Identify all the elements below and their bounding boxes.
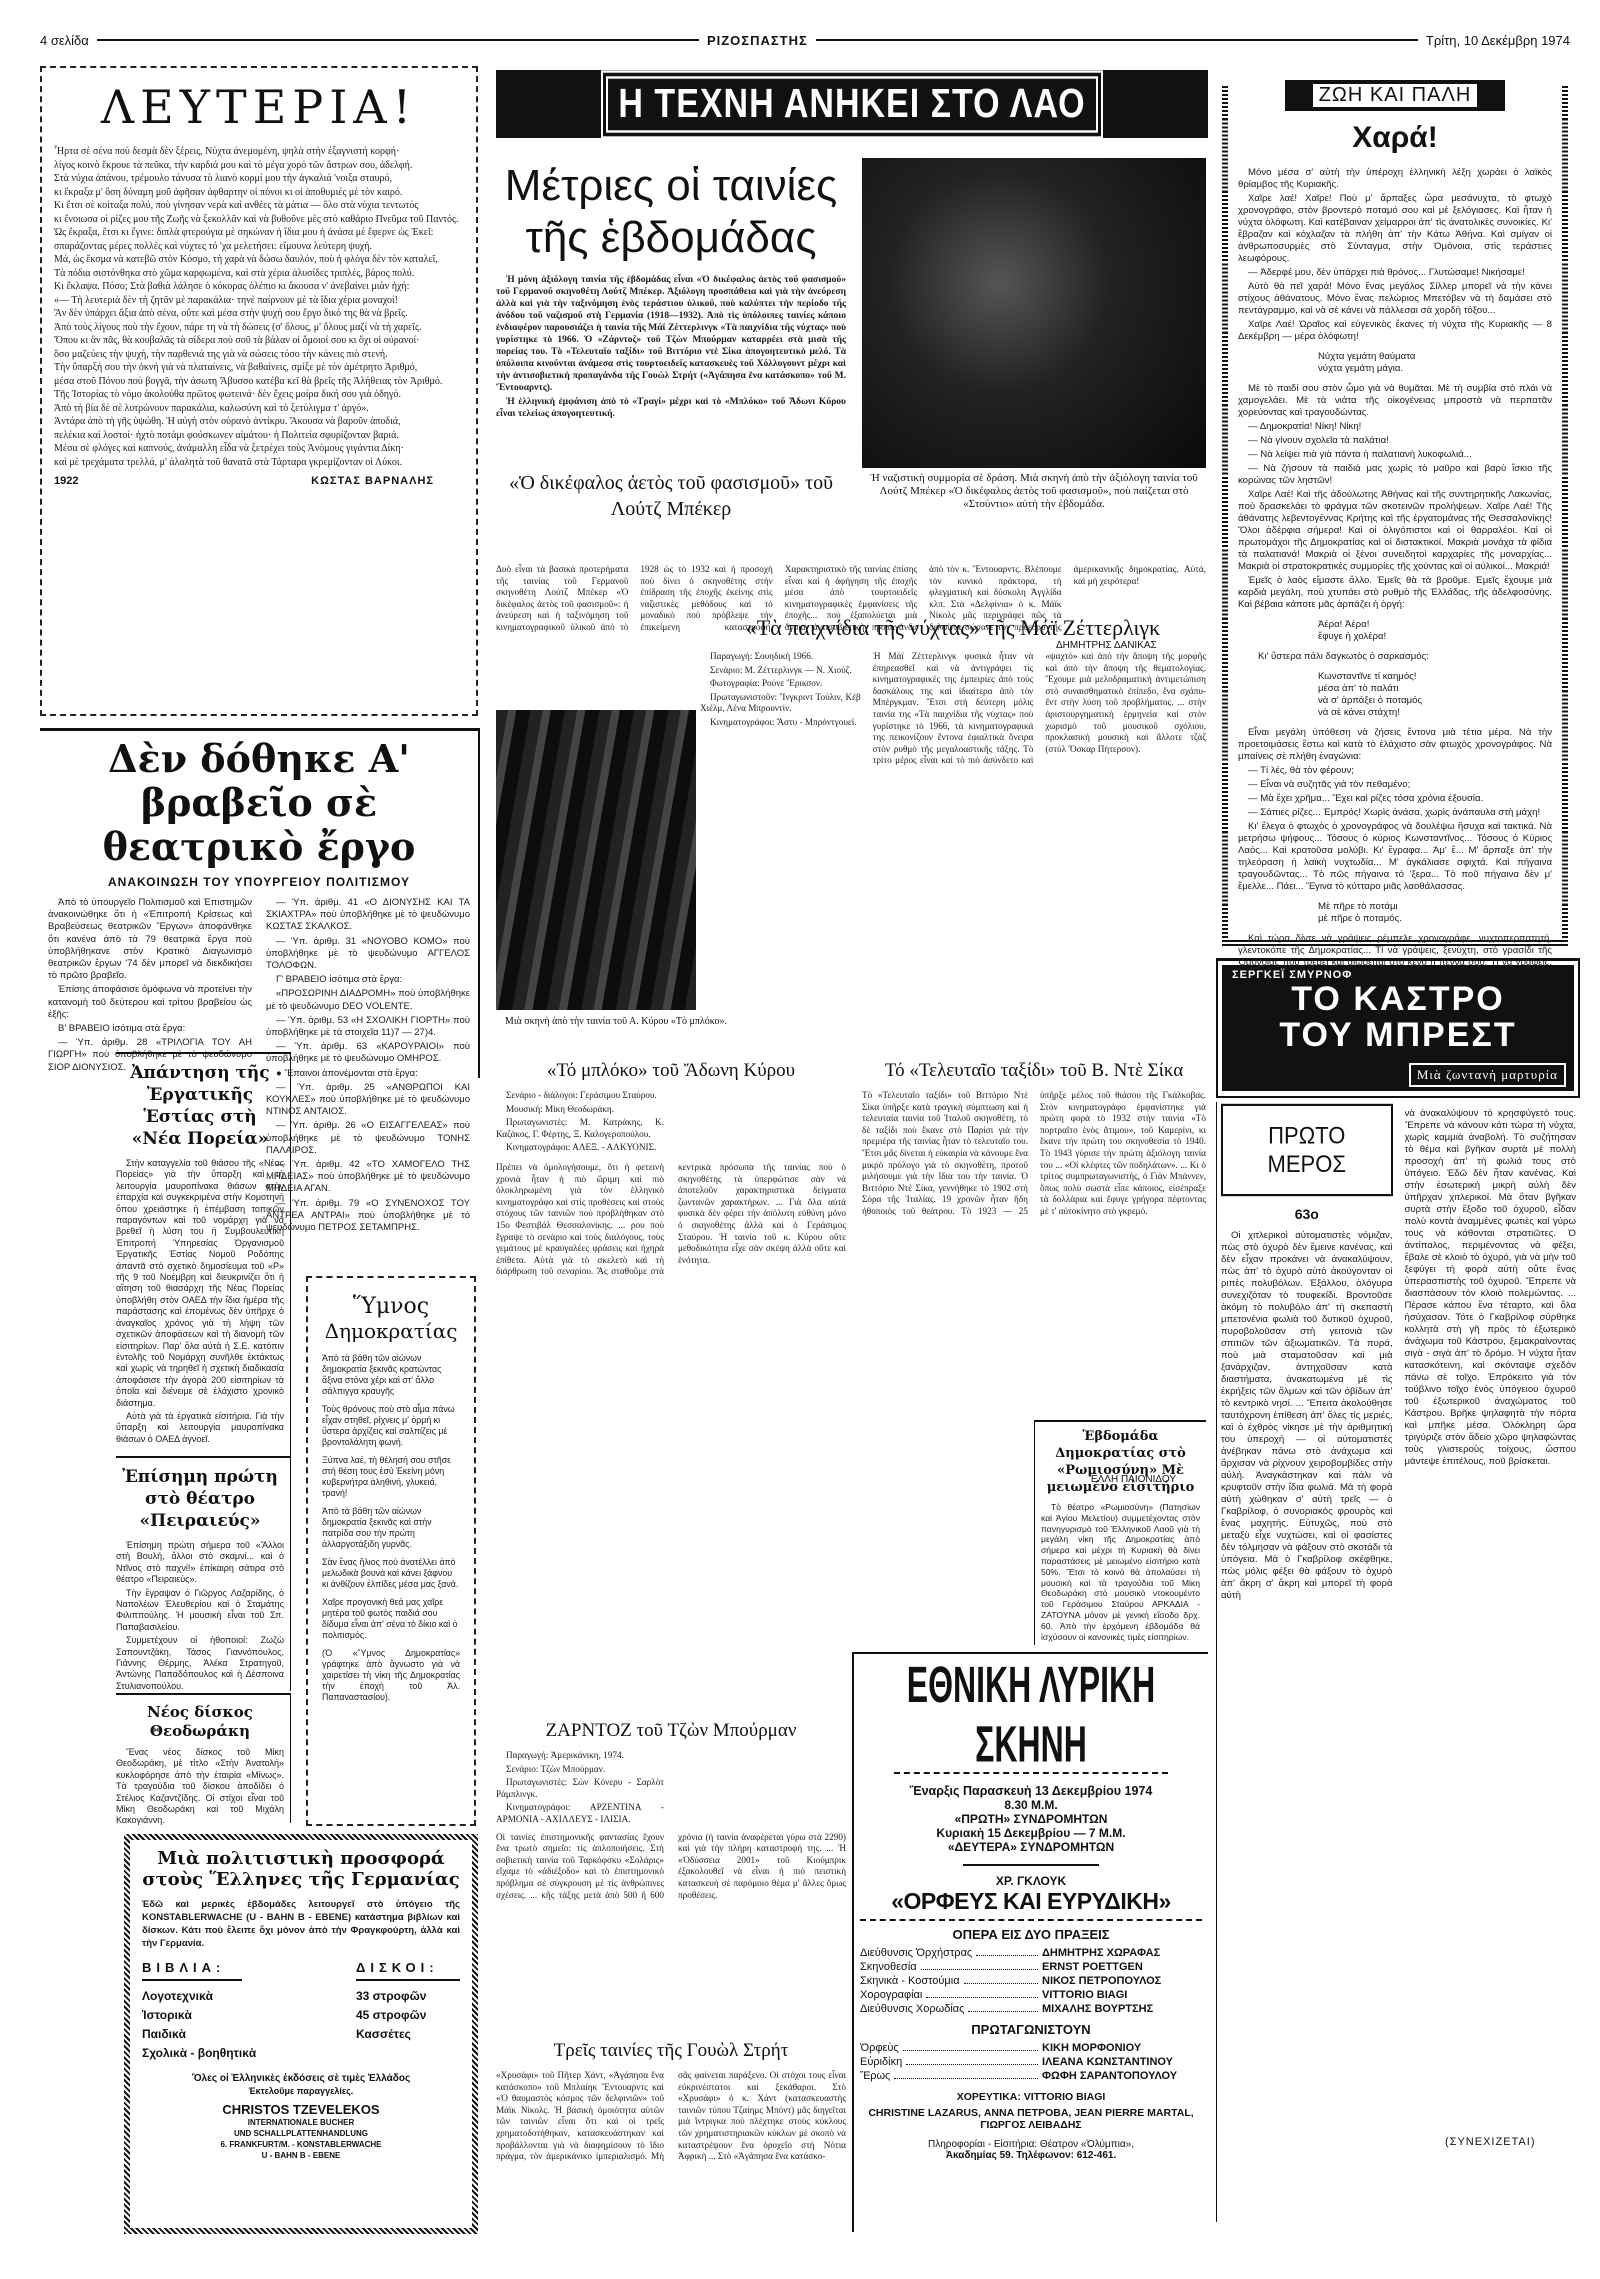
zoi-headline: Χαρά! xyxy=(1238,121,1552,155)
nazi-film-photo xyxy=(862,158,1206,468)
book-category: Ἱστορικὰ xyxy=(142,2006,256,2025)
episimi-paragraph: Τὴν ἔγραψαν ὁ Γιῶργος Λαζαρίδης, ὁ Ναπολ… xyxy=(116,1588,284,1634)
opera-info-1: Πληροφορίαι - Εἰσιτήρια: Θέατρον «Ὀλύμπι… xyxy=(860,2139,1202,2150)
ad-headline-1: Μιὰ πολιτιστικὴ προσφορά xyxy=(142,1848,460,1869)
zoi-paragraph: — Νὰ ζήσουν τὰ παιδιά μας χωρὶς τὸ μαῦρο… xyxy=(1238,463,1552,487)
zoi-paragraph: — Σάπιες ρίζες... Ἐμπρός! Χωρὶς ἀνάσα, χ… xyxy=(1238,807,1552,819)
zoi-paragraph: Μόνο μέσα σ' αὐτὴ τὴν ὑπέροχη ἑλληνικὴ λ… xyxy=(1238,167,1552,191)
zoi-paragraph: — Νὰ γίνουν σχολεῖα τὰ παλάτια! xyxy=(1238,435,1552,447)
credit-role: Σκηνοθεσία xyxy=(860,1960,917,1974)
credit-name: ΝΙΚΟΣ ΠΕΤΡΟΠΟΥΛΟΣ xyxy=(1042,1974,1202,1988)
opera-opening: Ἔναρξις Παρασκευὴ 13 Δεκεμβρίου 1974 xyxy=(860,1784,1202,1798)
serial-body: ΠΡΩΤΟ ΜΕΡΟΣ 63ο Οἱ χιτλερικοὶ αὐτοματιστ… xyxy=(1216,1102,1580,2222)
blokos-headline: «Τό μπλόκο» τοῦ Ἄδωνη Κύρου xyxy=(496,1060,846,1082)
ad-headline-2: στοὺς Ἕλληνες τῆς Γερμανίας xyxy=(142,1869,460,1890)
opera-advertisement: ΕΘΝΙΚΗ ΛΥΡΙΚΗ ΣΚΗΝΗ Ἔναρξις Παρασκευὴ 13… xyxy=(852,1652,1208,2232)
ad-note-1: Ὅλες οἱ Ἑλληνικὲς ἐκδόσεις σὲ τιμὲς Ἑλλά… xyxy=(142,2073,460,2084)
zardoz-headline: ΖΑΡΝΤΟΖ τοῦ Τζὼν Μπούρμαν xyxy=(496,1720,846,1742)
ad-address-3: 6. FRANKFURT/M. - KONSTABLERWACHE xyxy=(142,2139,460,2150)
book-category: Παιδικὰ xyxy=(142,2025,256,2044)
zoi-verse-line: νὰ σὲ κάνει στάχτη! xyxy=(1238,707,1552,719)
poem-line: Κι ἔτσι σὲ κοίταξα πολύ, ποὺ γίνησαν νερ… xyxy=(54,200,464,213)
leader-dots xyxy=(976,1946,1038,1956)
opera-subtitle: ΟΠΕΡΑ ΕΙΣ ΔΥΟ ΠΡΑΞΕΙΣ xyxy=(860,1927,1202,1942)
poem-line: Τῆς Ἱστορίας τὸ νόμο ἀκολούθα πρῶτος φωτ… xyxy=(54,389,464,402)
credit-row: Σκηνικὰ - ΚοστούμιαΝΙΚΟΣ ΠΕΤΡΟΠΟΥΛΟΣ xyxy=(860,1974,1202,1988)
hymn-stanza: Τοὺς θρόνους ποὺ στὸ αἷμα πάνω εἶχαν στη… xyxy=(322,1404,460,1448)
credit-row: ΧορογραφίαιVITTORIO BIAGI xyxy=(860,1988,1202,2002)
poem-line: ὅσο μαζεύεις τὴν ψυχή, τὴν παρθενιά της … xyxy=(54,349,464,362)
credit-line: Μουσική: Μίκη Θεοδωράκη. xyxy=(496,1104,664,1116)
hymn-title-2: Δημοκρατίας xyxy=(322,1319,460,1343)
ergatiki-paragraph: Αὐτὰ γιὰ τὰ ἐργατικὰ εἰσιτήρια. Γιὰ τὴν … xyxy=(116,1411,284,1445)
blokos-film-photo xyxy=(496,710,696,1010)
credit-role: Διεύθυνσις Χορωδίας xyxy=(860,2002,964,2016)
credit-line: Κινηματογράφοι: Ἄστυ - Μπρόντγουεϊ. xyxy=(700,717,861,729)
opera-title: «ΟΡΦΕΥΣ ΚΑΙ ΕΥΡΥΔΙΚΗ» xyxy=(860,1888,1202,1915)
zoi-verse-line: ἔφυγε ἡ χολέρα! xyxy=(1238,631,1552,643)
poem-line: Κι ἔκλαψα. Πόσο; Στὰ βαθιὰ λάλησε ὁ κόκο… xyxy=(54,281,464,294)
opera-time-1: 8.30 Μ.Μ. xyxy=(860,1798,1202,1812)
credit-line: Παραγωγή: Ἀμερικάνικη, 1974. xyxy=(496,1750,664,1762)
opera-crew: Διεύθυνσις ὈρχήστραςΔΗΜΗΤΡΗΣ ΧΩΡΑΦΑΣΣκην… xyxy=(860,1946,1202,2016)
credit-role: Διεύθυνσις Ὀρχήστρας xyxy=(860,1946,972,1960)
poem-title: ΛΕΥΤΕΡΙΑ! xyxy=(54,80,464,134)
zoi-paragraph: Χαῖρε Λαέ! Ὡραῖος καὶ εὐγενικὸς ἔκανες τ… xyxy=(1238,319,1552,343)
credit-name: ERNST POETTGEN xyxy=(1042,1960,1202,1974)
zoi-verse-line: νὰ σ' ἁρπάξει ὁ ποταμός xyxy=(1238,695,1552,707)
serial-part: ΠΡΩΤΟ ΜΕΡΟΣ xyxy=(1221,1104,1393,1196)
credit-line: Φωτογραφία: Ρούνε Ἔρικσον. xyxy=(700,678,861,690)
credit-role: Χορογραφίαι xyxy=(860,1988,922,2002)
award-paragraph: — Ὑπ. ἀριθμ. 26 «Ο ΕΙΣΑΓΓΕΛΕΑΣ» ποὺ ὑποβ… xyxy=(266,1120,470,1157)
zetterling-body: Ἡ Μάϊ Ζέττερλινγκ φυσικὰ ἦταν νὰ ἐπηρεασ… xyxy=(873,651,1206,931)
zetterling-credits: Παραγωγή: Σουηδικὴ 1966.Σενάριο: Μ. Ζέττ… xyxy=(700,651,861,931)
ad-intro: Ἐδῶ καὶ μερικὲς ἑβδομάδες λειτουργεῖ στὸ… xyxy=(142,1898,460,1950)
serial-column-2: νὰ ἀνακαλύψουν τὸ κρησφύγετό τους. Ἔπρεπ… xyxy=(1405,1108,1577,2128)
masthead-rule xyxy=(97,39,699,41)
zetterling-review: «Τὰ παιχνίδια τῆς νύχτας» τῆς Μάϊ Ζέττερ… xyxy=(700,615,1206,945)
ad-address-2: UND SCHALLPLATTENHANDLUNG xyxy=(142,2128,460,2139)
romiosini-article: Ἑβδομάδα Δημοκρατίας στὸ «Ρωμιοσύνη» Μὲ … xyxy=(1034,1420,1206,1645)
credit-role: Σκηνικὰ - Κοστούμια xyxy=(860,1974,960,1988)
award-paragraph: — Ὑπ. ἀριθμ. 42 «ΤΟ ΧΑΜΟΓΕΛΟ ΤΗΣ ΜΗΔΕΙΑΣ… xyxy=(266,1159,470,1196)
award-paragraph: Γ' ΒΡΑΒΕΙΟ ἰσότιμα στὰ ἔργα: xyxy=(266,974,470,986)
ad-company: CHRISTOS TZEVELEKOS xyxy=(142,2102,460,2117)
book-category: Λογοτεχνικὰ xyxy=(142,1987,256,2006)
films-headline: Μέτριες οἱ ταινίες τῆς ἑβδομάδας xyxy=(496,160,846,264)
award-paragraph: Ἐπίσης ἀποφάσισε ὁμόφωνα νὰ προτείνει τὴ… xyxy=(48,984,252,1021)
wallstreet-body: «Χρυσάφι» τοῦ Πῆτερ Χάντ, «Ἀγάπησα ἕνα κ… xyxy=(496,2070,846,2215)
masthead-rule xyxy=(816,39,1418,41)
poem-line: Ὡς ἔκραξα, ἔτσι κι ἔγινε: διπλὰ φτερούγι… xyxy=(54,227,464,240)
books-list: ΒΙΒΛΙΑ: ΛογοτεχνικὰἹστορικὰΠαιδικὰΣχολικ… xyxy=(142,1960,256,2063)
episimi-paragraph: Συμμετέχουν οἱ ἠθοποιοί: Ζωζὼ Σαπουντζάκ… xyxy=(116,1635,284,1692)
hymn-stanza: Ἀπὸ τὰ βάθη τῶν αἰώνων δημοκρατία ξεκινᾶ… xyxy=(322,1506,460,1550)
zardoz-review: ΖΑΡΝΤΟΖ τοῦ Τζὼν Μπούρμαν Παραγωγή: Ἀμερ… xyxy=(496,1720,846,1920)
poem-line: Ἦρτα σὲ σένα ποὺ δεσμὰ δὲν ξέρεις, Νύχτα… xyxy=(54,146,464,159)
poem-line: πελέκια καὶ λοστοί· ἠχτὸ ποτάμι φούσκωνε… xyxy=(54,430,464,443)
award-paragraph: ● Ἔπαινοι ἀπονέμονται στὰ ἔργα: xyxy=(266,1068,470,1080)
romiosini-headline: Ἑβδομάδα Δημοκρατίας στὸ «Ρωμιοσύνη» Μὲ … xyxy=(1041,1428,1200,1496)
hymn-body: Ἀπὸ τὰ βάθη τῶν αἰώνων δημοκρατία ξεκινᾶ… xyxy=(322,1353,460,1641)
films-lead-paragraph: Ἡ μόνη ἀξιόλογη ταινία τῆς ἑβδομάδας εἶν… xyxy=(496,274,846,394)
credit-role: Ἔρως xyxy=(860,2069,890,2083)
zoi-paragraph: Κι' ἔλεγα ὁ φτωχὸς ὁ χρονογράφος νὰ δουλ… xyxy=(1238,821,1552,893)
hymn-note: (Ὁ «Ὕμνος Δημοκρατίας» γράφτηκε ἀπὸ ἄγνω… xyxy=(322,1648,460,1703)
zardoz-body: Οἱ ταινίες ἐπιστημονικῆς φαντασίας ἔχουν… xyxy=(496,1832,846,1942)
zoi-paragraph: — Τί λές, θὰ τὸν φέρουν; xyxy=(1238,765,1552,777)
zoi-paragraph: Εἶναι μεγάλη ὑπόθεση νὰ ζήσεις ἔντονα μι… xyxy=(1238,727,1552,763)
poem-year: 1922 xyxy=(54,475,78,487)
books-label: ΒΙΒΛΙΑ: xyxy=(142,1960,242,1981)
hymn-stanza: Σὰν ἕνας ἥλιος ποὺ ἀνατέλλει ἀπὸ μελωδικ… xyxy=(322,1557,460,1590)
poem-line: Τὰ πόδια σιστόνθηκα στὸ χῶμα καρφωμένα, … xyxy=(54,268,464,281)
credit-name: ΦΩΦΗ ΣΑΡΑΝΤΟΠΟΥΛΟΥ xyxy=(1042,2069,1202,2083)
credit-line: Πρωταγωνιστοῦν: Ἴνγκριντ Τούλιν, Κέβ Χιέ… xyxy=(700,692,861,715)
award-paragraph: — Ὑπ. ἀριθμ. 25 «ΑΝΘΡΩΠΟΙ ΚΑΙ ΚΟΥΚΛΕΣ» π… xyxy=(266,1082,470,1119)
credit-row: ΣκηνοθεσίαERNST POETTGEN xyxy=(860,1960,1202,1974)
credit-row: ΕὐριδίκηΙΛΕΑΝΑ ΚΩΝΣΤΑΝΤΙΝΟΥ xyxy=(860,2055,1202,2069)
leader-dots xyxy=(968,2002,1038,2012)
leader-dots xyxy=(964,1974,1038,1984)
credit-line: Κινηματογράφοι: ΑΡΖΕΝΤΙΝΑ - ΑΡΜΟΝΙΑ - ΑΧ… xyxy=(496,1802,664,1825)
zoi-verse-line: Μὲ πῆρε τὸ ποτάμι xyxy=(1238,901,1552,913)
blokos-body: Πρέπει νὰ ὁμολογήσουμε, ὅτι ἡ φετεινὴ χρ… xyxy=(496,1162,846,1642)
serial-continued: (ΣΥΝΕΧΙΖΕΤΑΙ) xyxy=(1405,2136,1577,2148)
zoi-verse-line: μέσα ἀπ' τὸ παλάτι xyxy=(1238,683,1552,695)
disc-category: Κασσέτες xyxy=(356,2025,460,2044)
poem-line: κι ἔκραξα μ' ὅση δύναμη μοῦ ἀφῆσαν ἀφθαρ… xyxy=(54,187,464,200)
credit-name: ΚΙΚΗ ΜΟΡΦΟΝΙΟΥ xyxy=(1042,2041,1202,2055)
poem-body: Ἦρτα σὲ σένα ποὺ δεσμὰ δὲν ξέρεις, Νύχτα… xyxy=(54,146,464,469)
award-paragraph: Ἀπὸ τὸ ὑπουργεῖο Πολιτισμοῦ καὶ Ἐπιστημῶ… xyxy=(48,897,252,982)
ad-address-4: U - BAHN B - EBENE xyxy=(142,2150,460,2161)
ad-note-2: Ἐκτελοῦμε παραγγελίες. xyxy=(142,2086,460,2096)
episimi-headline: Ἐπίσημη πρώτη στὸ θέατρο «Πειραιεύς» xyxy=(116,1466,284,1532)
zoi-paragraph: Ἐμεῖς ὁ λαὸς εἴμαστε ἄλλο. Ἐμεῖς θὰ τὰ β… xyxy=(1238,575,1552,611)
poem-line: κι ἔνοιωσα οἱ ρίζες μου τῆς Ζωῆς νὰ ξεκο… xyxy=(54,214,464,227)
leader-dots xyxy=(906,2055,1038,2065)
award-paragraph: — Ὑπ. ἀριθμ. 53 «Η ΣΧΟΛΙΚΗ ΓΙΟΡΤΗ» ποὺ ὑ… xyxy=(266,1015,470,1039)
poem-signature: 1922 ΚΩΣΤΑΣ ΒΑΡΝΑΛΗΣ xyxy=(54,475,464,487)
serial-header: ΣΕΡΓΚΕΪ ΣΜΥΡΝΟΦ ΤΟ ΚΑΣΤΡΟ ΤΟΥ ΜΠΡΕΣΤ Μιὰ… xyxy=(1216,958,1580,1098)
credit-line: Κινηματογράφοι: ΑΛΕΞ. - ΑΛΚΥΟΝΙΣ. xyxy=(496,1142,664,1154)
zoi-paragraph: Αὐτὸ θὰ πεῖ χαρά! Μόνο ἕνας μεγάλος Σίλλ… xyxy=(1238,281,1552,317)
award-paragraph: — Ὑπ. ἀριθμ. 41 «Ο ΔΙΟΝΥΣΗΣ ΚΑΙ ΤΑ ΣΚΙΑΧ… xyxy=(266,897,470,934)
ergatiki-body: Στὴν καταγγελία τοῦ θιάσου τῆς «Νέας Πορ… xyxy=(116,1158,284,1445)
award-article: Δὲν δόθηκε Α' βραβεῖο σὲ θεατρικὸ ἔργο Α… xyxy=(40,728,480,1078)
hymn-stanza: Ἀπὸ τὰ βάθη τῶν αἰώνων δημοκρατία ξεκινᾶ… xyxy=(322,1353,460,1397)
zoi-verse-line: μὲ πῆρε ὁ ποταμός. xyxy=(1238,913,1552,925)
blokos-review: «Τό μπλόκο» τοῦ Ἄδωνη Κύρου Σενάριο - δι… xyxy=(496,1060,846,1460)
credit-row: Διεύθυνσις ὈρχήστραςΔΗΜΗΤΡΗΣ ΧΩΡΑΦΑΣ xyxy=(860,1946,1202,1960)
zoi-paragraph: — Ἀδερφέ μου, δὲν ὑπάρχει πιὰ θρόνος... … xyxy=(1238,267,1552,279)
zoi-verse-line: νύχτα γεμάτη μάγια. xyxy=(1238,363,1552,375)
award-paragraph: «ΠΡΟΣΩΡΙΝΗ ΔΙΑΔΡΟΜΗ» ποὺ ὑποβλήθηκε μὲ τ… xyxy=(266,988,470,1012)
opera-venue: ΕΘΝΙΚΗ ΛΥΡΙΚΗ ΣΚΗΝΗ xyxy=(860,1656,1202,1774)
credit-line: Σενάριο - διάλογοι: Γεράσιμου Σταύρου. xyxy=(496,1090,664,1102)
hymn-box: Ὕμνος Δημοκρατίας Ἀπὸ τὰ βάθη τῶν αἰώνων… xyxy=(306,1276,476,1826)
serial-column-1: Οἱ χιτλερικοὶ αὐτοματιστὲς νόμιζαν, πὼς … xyxy=(1221,1230,1393,2180)
blokos-photo-caption: Μιὰ σκηνὴ ἀπὸ τὴν ταινία τοῦ Α. Κύρου «Τ… xyxy=(496,1016,736,1027)
poem-box: ΛΕΥΤΕΡΙΑ! Ἦρτα σὲ σένα ποὺ δεσμὰ δὲν ξέρ… xyxy=(40,66,478,716)
opera-composer: ΧΡ. ΓΚΛΟΥΚ xyxy=(860,1874,1202,1888)
credit-row: Διεύθυνσις ΧορωδίαςΜΙΧΑΛΗΣ ΒΟΥΡΤΣΗΣ xyxy=(860,2002,1202,2016)
newspaper-name: ΡΙΖΟΣΠΑΣΤΗΣ xyxy=(707,33,808,48)
zoi-paragraph: Χαῖρε Λαέ! Καὶ τῆς ἀδούλωτης Ἀθήνας καὶ … xyxy=(1238,489,1552,573)
bookstore-advertisement: Μιὰ πολιτιστικὴ προσφορά στοὺς Ἕλληνες τ… xyxy=(124,1834,478,2234)
poem-line: Ὅπου κι ἂν πᾶς, θὰ κουβαλᾶς τὰ σίδερα πο… xyxy=(54,335,464,348)
desica-headline: Τό «Τελευταῖο ταξίδι» τοῦ Β. Ντὲ Σίκα xyxy=(862,1060,1206,1082)
ergatiki-headline: Ἀπάντηση τῆς Ἐργατικῆς Ἑστίας στὴ «Νέα Π… xyxy=(116,1062,284,1150)
award-column-2: — Ὑπ. ἀριθμ. 41 «Ο ΔΙΟΝΥΣΗΣ ΚΑΙ ΤΑ ΣΚΙΑΧ… xyxy=(266,897,470,1236)
leader-dots xyxy=(894,2069,1038,2079)
award-paragraph: Β' ΒΡΑΒΕΙΟ ἰσότιμα στὰ ἔργα: xyxy=(48,1023,252,1035)
episimi-article: Ἐπίσημη πρώτη στὸ θέατρο «Πειραιεύς» Ἐπί… xyxy=(116,1456,291,1691)
poem-line: μέσα στοῦ Πόνου ποὺ βογγᾶ, τὴν ἀσωτη Ἄβυ… xyxy=(54,376,464,389)
poem-line: Ἀπὸ τὴ βία δὲ σὲ λυτρώνουν παρακάλια, κα… xyxy=(54,403,464,416)
ad-address-1: INTERNATIONALE BUCHER xyxy=(142,2117,460,2128)
opera-info-2: Ἀκαδημίας 59. Τηλέφωνον: 612-461. xyxy=(860,2150,1202,2161)
section-banner: Η ΤΕΧΝΗ ΑΝΗΚΕΙ ΣΤΟ ΛΑΟ xyxy=(496,70,1208,138)
poem-line: Μέσα σὲ φλόγες καὶ καπνούς, ἀνάμαλλη εἶδ… xyxy=(54,443,464,456)
poem-line: Μά, ὡς ἔκσμα νὰ κατεβῶ στὸν Κόσμο, τὴ χα… xyxy=(54,254,464,267)
masthead: 4 σελίδα ΡΙΖΟΣΠΑΣΤΗΣ Τρίτη, 10 Δεκέμβρη … xyxy=(40,30,1570,50)
section-banner-title: Η ΤΕΧΝΗ ΑΝΗΚΕΙ ΣΤΟ ΛΑΟ xyxy=(606,76,1097,132)
credit-name: ΙΛΕΑΝΑ ΚΩΝΣΤΑΝΤΙΝΟΥ xyxy=(1042,2055,1202,2069)
films-lead-paragraph: Ἡ ἑλληνικὴ ἐμφάνιση ἀπὸ τὸ «Τραγί» μέχρι… xyxy=(496,396,846,420)
zoi-verse-line: Νύχτα γεμάτη θαύματα xyxy=(1238,351,1552,363)
zoi-paragraph: Μὲ τὸ παιδί σου στὸν ὦμο γιὰ νὰ θυμᾶται.… xyxy=(1238,383,1552,419)
discs-label: ΔΙΣΚΟΙ: xyxy=(356,1960,460,1981)
credit-name: VITTORIO BIAGI xyxy=(1042,1988,1202,2002)
hymn-stanza: Χαῖρε προγονικὴ θεά μας χαῖρε μητέρα τοῦ… xyxy=(322,1597,460,1641)
credit-name: ΜΙΧΑΛΗΣ ΒΟΥΡΤΣΗΣ xyxy=(1042,2002,1202,2016)
poem-line: Στὰ νύχια ἀπάνου, τρέμουλο τάνυσα τὸ λια… xyxy=(54,173,464,186)
zoi-banner: ΖΩΗ ΚΑΙ ΠΑΛΗ xyxy=(1285,80,1505,111)
zoi-paragraph: Χαῖρε λαέ! Χαῖρε! Ποὺ μ' ἅρπαξες ὥρα μεσ… xyxy=(1238,193,1552,265)
desica-body: Τὸ «Τελευταῖο ταξίδι» τοῦ Βιττόριο Ντὲ Σ… xyxy=(862,1090,1206,1470)
ergatiki-paragraph: Στὴν καταγγελία τοῦ θιάσου τῆς «Νέας Πορ… xyxy=(116,1158,284,1409)
credit-line: Πρωταγωνιστές: Σὼν Κόνερυ - Σαρλὸτ Ράμπλ… xyxy=(496,1777,664,1800)
credit-line: Σενάριο: Μ. Ζέττερλινγκ — Ν. Χιούζ. xyxy=(700,665,861,677)
wallstreet-headline: Τρεῖς ταινίες τῆς Γουὼλ Στρήτ xyxy=(496,2040,846,2062)
opera-dance: ΧΟΡΕΥΤΙΚΑ: VITTORIO BIAGI xyxy=(860,2091,1202,2103)
neos-diskos-headline: Νέος δίσκος Θεοδωράκη xyxy=(116,1703,284,1741)
discs-list: ΔΙΣΚΟΙ: 33 στροφῶν45 στροφῶνΚασσέτες xyxy=(356,1960,460,2063)
zetterling-headline: «Τὰ παιχνίδια τῆς νύχτας» τῆς Μάϊ Ζέττερ… xyxy=(700,615,1206,641)
films-lead: Μέτριες οἱ ταινίες τῆς ἑβδομάδας Ἡ μόνη … xyxy=(496,160,846,460)
eagle-headline: «Ὁ δικέφαλος ἀετὸς τοῦ φασισμοῦ» τοῦ Λού… xyxy=(496,470,846,522)
credit-role: Εὐριδίκη xyxy=(860,2055,902,2069)
serial-title-1: ΤΟ ΚΑΣΤΡΟ xyxy=(1232,981,1564,1017)
opera-dancers: CHRISTINE LAZARUS, ΑΝΝΑ ΠΕΤΡΟΒΑ, JEAN PI… xyxy=(860,2107,1202,2131)
zoi-banner-title: ΖΩΗ ΚΑΙ ΠΑΛΗ xyxy=(1313,84,1478,107)
award-subhead: ΑΝΑΚΟΙΝΩΣΗ ΤΟΥ ΥΠΟΥΡΓΕΙΟΥ ΠΟΛΙΤΙΣΜΟΥ xyxy=(40,875,478,889)
award-headline: Δὲν δόθηκε Α' βραβεῖο σὲ θεατρικὸ ἔργο xyxy=(40,737,478,869)
opera-subscription-1: «ΠΡΩΤΗ» ΣΥΝΔΡΟΜΗΤΩΝ xyxy=(860,1812,1202,1826)
wallstreet-review: Τρεῖς ταινίες τῆς Γουὼλ Στρήτ «Χρυσάφι» … xyxy=(496,2040,846,2230)
opera-sunday: Κυριακὴ 15 Δεκεμβρίου — 7 Μ.Μ. xyxy=(860,1826,1202,1840)
serial-episode: 63ο xyxy=(1221,1206,1393,1222)
poem-line: Ἀντάρα ἀπὸ τὴ γῆς ὑψώθη. Ἡ αὐγὴ στὸν οὐρ… xyxy=(54,416,464,429)
zoi-verse-line: Κωνσταντῖνε τί καημός! xyxy=(1238,671,1552,683)
zoi-body: Μόνο μέσα σ' αὐτὴ τὴν ὑπέροχη ἑλληνικὴ λ… xyxy=(1238,167,1552,1019)
credit-line: Σενάριο: Τζὼν Μπούρμαν. xyxy=(496,1764,664,1776)
ergatiki-article: Ἀπάντηση τῆς Ἐργατικῆς Ἑστίας στὴ «Νέα Π… xyxy=(116,1052,291,1462)
disc-category: 33 στροφῶν xyxy=(356,1987,460,2006)
leader-dots xyxy=(926,1988,1038,1998)
opera-subscription-2: «ΔΕΥΤΕΡΑ» ΣΥΝΔΡΟΜΗΤΩΝ xyxy=(860,1840,1202,1854)
poem-line: σπαράζοντας μέρες πολλὲς καὶ νύχτες τό '… xyxy=(54,241,464,254)
award-paragraph: — Ὑπ. ἀριθμ. 79 «Ο ΣΥΝΕΝΟΧΟΣ ΤΟΥ ΑΝΤΡΕΑ … xyxy=(266,1198,470,1235)
blokos-credits: Σενάριο - διάλογοι: Γεράσιμου Σταύρου.Μο… xyxy=(496,1090,664,1154)
leader-dots xyxy=(921,1960,1038,1970)
neos-diskos-article: Νέος δίσκος Θεοδωράκη Ἕνας νέος δίσκος τ… xyxy=(116,1693,291,1823)
disc-category: 45 στροφῶν xyxy=(356,2006,460,2025)
credit-row: ὈρφεὺςΚΙΚΗ ΜΟΡΦΟΝΙΟΥ xyxy=(860,2041,1202,2055)
zoi-paragraph: — Νὰ λείψει πιὰ γιὰ πάντα ἡ παλατιανὴ λυ… xyxy=(1238,449,1552,461)
poem-line: καὶ μὲ τρεχάματα τρελλά, μ' ἀλαλητὰ τοῦ … xyxy=(54,457,464,470)
hymn-title-1: Ὕμνος xyxy=(322,1294,460,1319)
leader-dots xyxy=(903,2041,1038,2051)
romiosini-body: Τὸ θέατρο «Ρωμιοσύνη» (Πατησίων καὶ Ἁγίο… xyxy=(1041,1502,1200,1642)
zoi-kai-pali-column: ΖΩΗ ΚΑΙ ΠΑΛΗ Χαρά! Μόνο μέσα σ' αὐτὴ τὴν… xyxy=(1222,84,1568,946)
serial-title-2: ΤΟΥ ΜΠΡΕΣΤ xyxy=(1232,1017,1564,1053)
zoi-verse-line: Ἀέρα! Ἀέρα! xyxy=(1238,619,1552,631)
issue-date: Τρίτη, 10 Δεκέμβρη 1974 xyxy=(1426,33,1570,48)
neos-diskos-body: Ἕνας νέος δίσκος τοῦ Μίκη Θεοδωράκη, μὲ … xyxy=(116,1747,284,1827)
poem-line: «— Τὴ λευτεριὰ δὲν τὴ ζητᾶν μὲ παρακάλια… xyxy=(54,295,464,308)
films-lead-body: Ἡ μόνη ἀξιόλογη ταινία τῆς ἑβδομάδας εἶν… xyxy=(496,274,846,420)
poem-author: ΚΩΣΤΑΣ ΒΑΡΝΑΛΗΣ xyxy=(311,475,434,487)
award-paragraph: — Ὑπ. ἀριθμ. 63 «ΚΑΡΟΥΡΑΙΟΙ» ποὺ ὑποβλήθ… xyxy=(266,1041,470,1065)
poem-line: Τὴν ὕπαρξή σου τὴν ὀκνή γιὰ νὰ πλαταίνει… xyxy=(54,362,464,375)
opera-cast: ὈρφεὺςΚΙΚΗ ΜΟΡΦΟΝΙΟΥΕὐριδίκηΙΛΕΑΝΑ ΚΩΝΣΤ… xyxy=(860,2041,1202,2083)
credit-name: ΔΗΜΗΤΡΗΣ ΧΩΡΑΦΑΣ xyxy=(1042,1946,1202,1960)
episimi-paragraph: Ἐπίσημη πρώτη σήμερα τοῦ «Ἄλλοι στὴ Βουλ… xyxy=(116,1540,284,1586)
zoi-paragraph: Κι' ὕστερα πάλι δαγκωτὸς ὁ σαρκασμός: xyxy=(1238,651,1552,663)
credit-line: Παραγωγή: Σουηδικὴ 1966. xyxy=(700,651,861,663)
poem-line: Ἀπὸ τοὺς λίγους ποὺ τὴν ἔχουν, πάρε τη ν… xyxy=(54,322,464,335)
poem-line: Ἂν δὲν ὑπάρχει ἄξια ἀπὸ σένα, οὔτε καὶ μ… xyxy=(54,308,464,321)
zoi-paragraph: — Μὰ ἔχει χρῆμα... Ἔχει καὶ ρίζες τόσα χ… xyxy=(1238,793,1552,805)
opera-cast-label: ΠΡΩΤΑΓΩΝΙΣΤΟΥΝ xyxy=(860,2022,1202,2037)
zoi-paragraph: — Εἶναι νὰ συζητᾶς γιὰ τὸν πεθαμένο; xyxy=(1238,779,1552,791)
book-category: Σχολικὰ - βοηθητικὰ xyxy=(142,2044,256,2063)
credit-row: ἜρωςΦΩΦΗ ΣΑΡΑΝΤΟΠΟΥΛΟΥ xyxy=(860,2069,1202,2083)
poem-line: λίγος κοινὸ ἔκρουε τὰ πεῦκα, τὴν καρδιά … xyxy=(54,160,464,173)
page-number: 4 σελίδα xyxy=(40,33,89,48)
zoi-paragraph: — Δημοκρατία! Νίκη! Νίκη! xyxy=(1238,421,1552,433)
hymn-stanza: Ξύπνα λαέ, τὴ θέλησή σου στῆσε στὴ θέση … xyxy=(322,1455,460,1499)
zardoz-credits: Παραγωγή: Ἀμερικάνικη, 1974.Σενάριο: Τζὼ… xyxy=(496,1750,664,1826)
credit-role: Ὀρφεὺς xyxy=(860,2041,899,2055)
episimi-body: Ἐπίσημη πρώτη σήμερα τοῦ «Ἄλλοι στὴ Βουλ… xyxy=(116,1540,284,1692)
serial-tagline: Μιὰ ζωντανὴ μαρτυρία xyxy=(1409,1063,1566,1087)
credit-line: Πρωταγωνιστές: Μ. Κατράκης, Κ. Καζάκος, … xyxy=(496,1117,664,1140)
award-paragraph: — Ὑπ. ἀριθμ. 31 «ΝΟΥΟΒΟ ΚΟΜΟ» ποὺ ὑποβλή… xyxy=(266,936,470,973)
